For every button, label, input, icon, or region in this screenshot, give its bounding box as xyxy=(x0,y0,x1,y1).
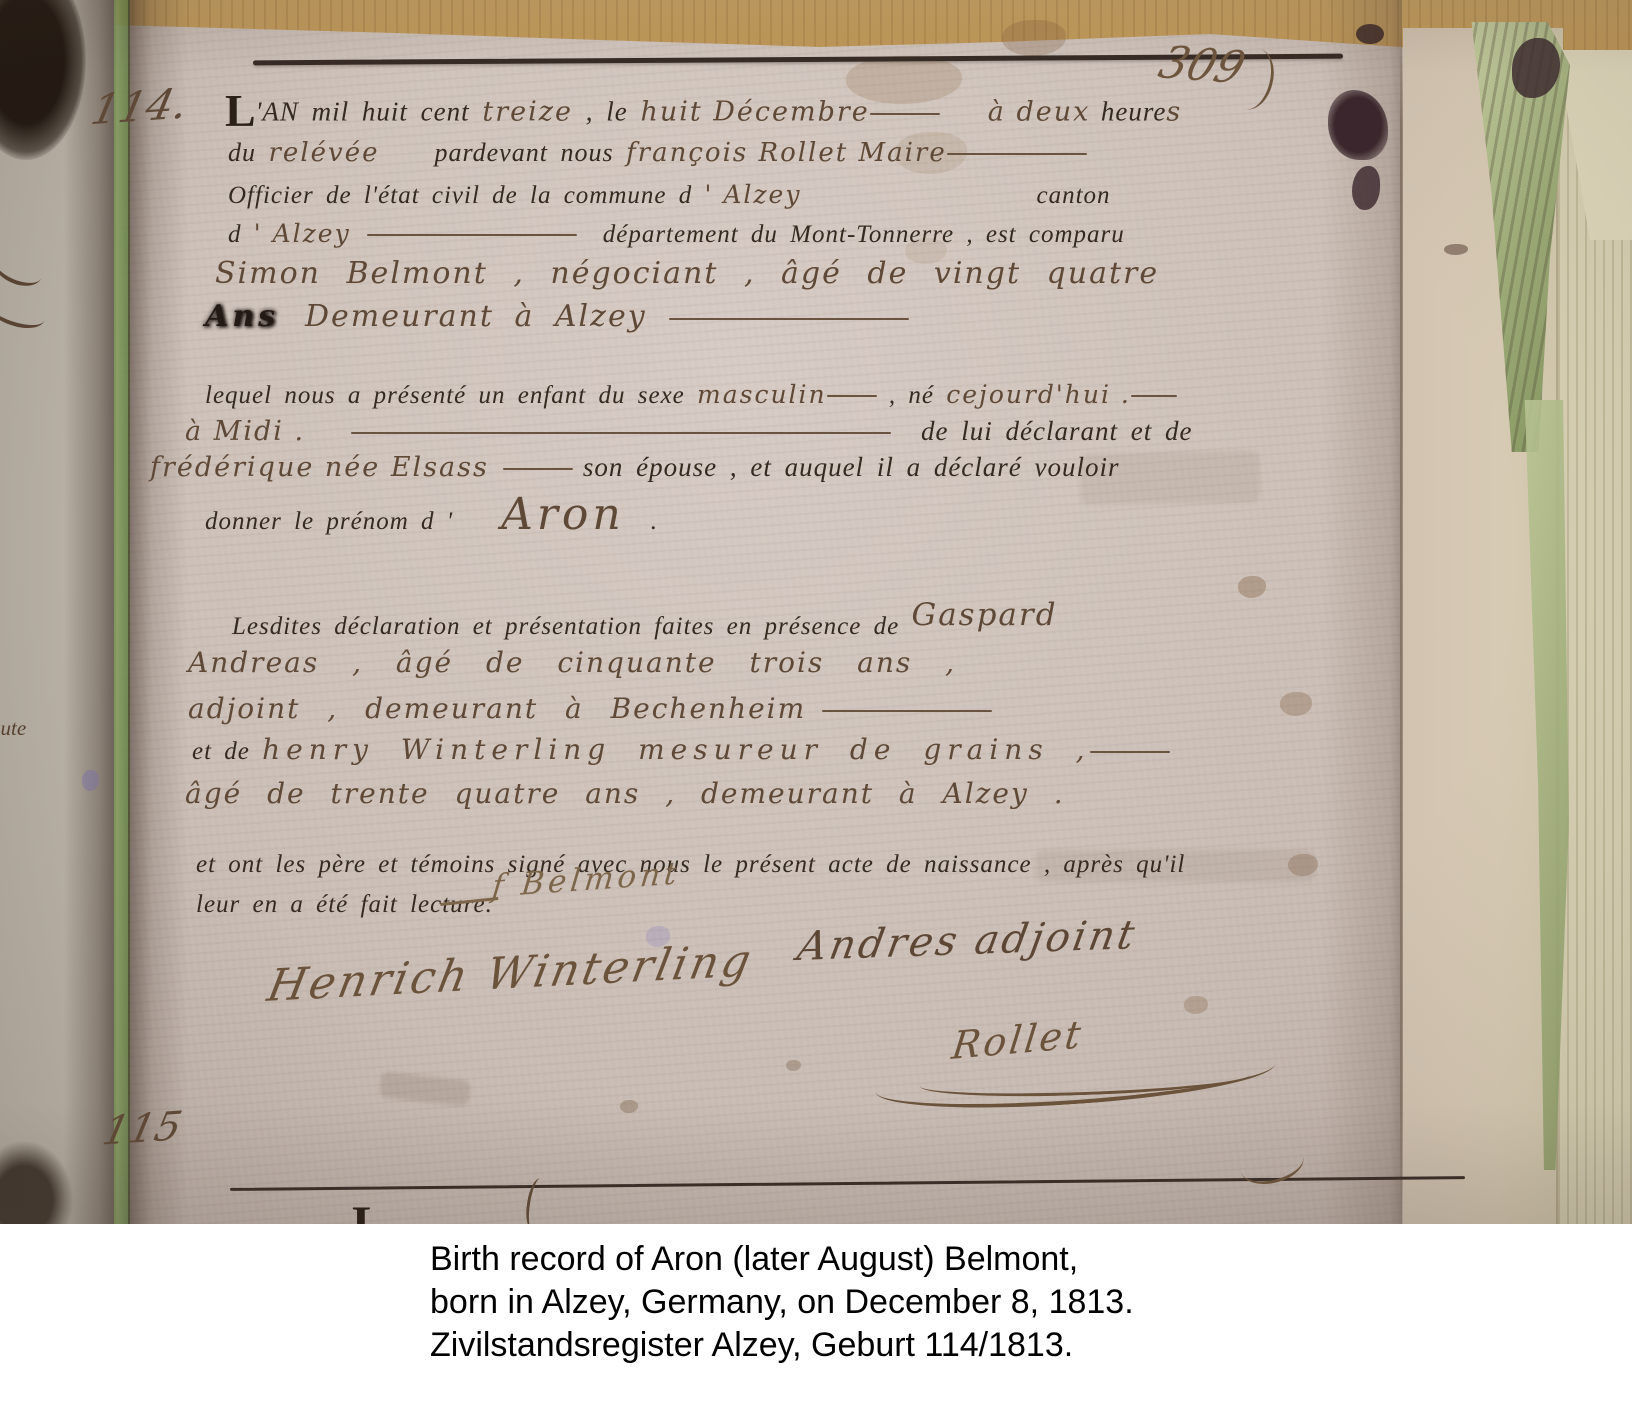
caption-line-1: Birth record of Aron (later August) Belm… xyxy=(430,1238,1134,1281)
text-segment: cejourd'hui . xyxy=(946,380,1131,409)
record-line: frédérique née Elsassson épouse , et auq… xyxy=(150,452,1120,483)
text-segment: 'AN mil huit cent xyxy=(256,97,483,127)
text-segment: à deux xyxy=(988,97,1101,128)
record-line: Officier de l'état civil de la commune d… xyxy=(228,180,1111,210)
blank-rule xyxy=(1090,751,1170,753)
text-segment: , né xyxy=(877,382,947,409)
text-segment: L xyxy=(225,85,256,136)
record-line: du relévéepardevant nous françois Rollet… xyxy=(228,138,1087,168)
record-line: âgé de trente quatre ans , demeurant à A… xyxy=(185,777,1065,811)
text-segment: Gaspard xyxy=(911,597,1057,633)
text-segment: à Midi . xyxy=(185,416,305,447)
caption-line-2: born in Alzey, Germany, on December 8, 1… xyxy=(430,1281,1134,1324)
record-line: Simon Belmont , négociant , âgé de vingt… xyxy=(215,256,1159,291)
text-segment: henry Winterling mesureur de grains , xyxy=(262,733,1090,766)
text-segment: donner le prénom d ' xyxy=(205,508,453,535)
text-segment: lequel nous a présenté un enfant du sexe xyxy=(205,382,697,409)
text-segment: Demeurant à Alzey xyxy=(305,299,647,334)
text-segment: âgé de trente quatre ans , demeurant à A… xyxy=(185,777,1065,810)
record-line: d ' Alzeydépartement du Mont-Tonnerre , … xyxy=(228,219,1125,249)
text-segment: frédérique née Elsass xyxy=(150,452,489,483)
text-segment: de lui déclarant et de xyxy=(921,416,1192,446)
record-line: Lesdites déclaration et présentation fai… xyxy=(232,606,1058,642)
text-segment: ' Alzey xyxy=(705,180,802,209)
text-segment: et de xyxy=(192,738,262,765)
text-segment: huit Décembre xyxy=(640,97,869,128)
caption-line-3: Zivilstandsregister Alzey, Geburt 114/18… xyxy=(430,1324,1134,1367)
record-line: lequel nous a présenté un enfant du sexe… xyxy=(205,380,1177,410)
record-line: L'AN mil huit cent treize , le huit Déce… xyxy=(225,84,1182,137)
text-segment: françois Rollet Maire xyxy=(626,138,947,168)
text-segment: Aron xyxy=(501,489,625,540)
blank-rule xyxy=(1131,395,1177,397)
text-segment: pardevant nous xyxy=(434,138,626,167)
text-segment: département du Mont-Tonnerre , est compa… xyxy=(603,221,1125,248)
blank-rule xyxy=(947,153,1087,155)
text-segment: Andreas , âgé de cinquante trois ans , xyxy=(188,646,956,679)
birth-record-text: L'AN mil huit cent treize , le huit Déce… xyxy=(0,0,1632,1224)
text-segment: son épouse , et auquel il a déclaré voul… xyxy=(583,452,1120,482)
record-line: et ont les père et témoins signé avec no… xyxy=(196,851,1185,879)
caption-panel: Birth record of Aron (later August) Belm… xyxy=(0,1224,1632,1416)
text-segment: treize xyxy=(482,97,573,128)
record-line: AnsDemeurant à Alzey xyxy=(205,299,909,334)
text-segment: Officier de l'état civil de la commune d xyxy=(228,182,705,209)
blank-rule xyxy=(669,318,909,320)
record-line: à Midi .de lui déclarant et de xyxy=(185,416,1192,447)
text-segment: , le xyxy=(573,97,641,127)
record-line: et de henry Winterling mesureur de grain… xyxy=(192,733,1170,766)
text-segment: et ont les père et témoins signé avec no… xyxy=(196,851,1185,878)
record-line: donner le prénom d 'Aron. xyxy=(205,489,658,540)
photographed-register-page: aute 114. 115 309 L'AN m xyxy=(0,0,1632,1416)
text-segment: canton xyxy=(1036,182,1110,209)
blank-rule xyxy=(822,710,992,712)
text-segment: du xyxy=(228,138,269,167)
text-segment: Lesdites déclaration et présentation fai… xyxy=(232,613,911,640)
text-segment: d xyxy=(228,221,254,248)
blank-rule xyxy=(503,468,573,470)
next-record-initial: L xyxy=(352,1194,385,1224)
record-line: Andreas , âgé de cinquante trois ans , xyxy=(188,646,956,680)
text-segment: adjoint , demeurant à Bechenheim xyxy=(188,692,806,725)
text-segment: ' Alzey xyxy=(254,219,351,248)
record-line: adjoint , demeurant à Bechenheim xyxy=(188,692,992,726)
text-segment: relévée xyxy=(269,138,380,168)
blank-rule xyxy=(351,432,891,434)
text-segment: Ans xyxy=(205,299,279,334)
blank-rule xyxy=(827,395,877,397)
document-photo: aute 114. 115 309 L'AN m xyxy=(0,0,1632,1224)
blank-rule xyxy=(367,234,577,236)
text-segment: Simon Belmont , négociant , âgé de vingt… xyxy=(215,256,1159,291)
blank-rule xyxy=(870,113,940,115)
text-segment: heure xyxy=(1101,97,1166,127)
text-segment: s xyxy=(1166,97,1182,128)
text-segment: masculin xyxy=(697,380,827,409)
text-segment: . xyxy=(651,508,658,535)
